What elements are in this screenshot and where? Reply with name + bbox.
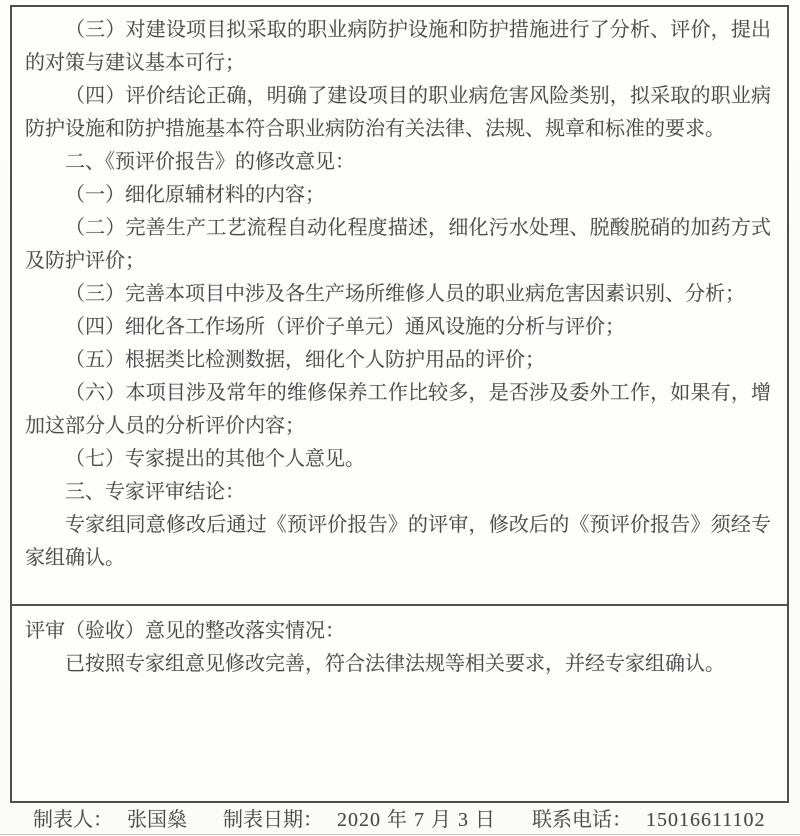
opinion-paragraph: （二）完善生产工艺流程自动化程度描述，细化污水处理、脱酸脱硝的加药方式及防护评价… (25, 212, 771, 278)
date-label: 制表日期： (223, 809, 323, 831)
rectification-cell: 评审（验收）意见的整改落实情况： 已按照专家组意见修改完善，符合法律法规等相关要… (12, 606, 787, 681)
opinion-paragraph: （四）细化各工作场所（评价子单元）通风设施的分析与评价； (25, 311, 771, 344)
opinion-paragraph: （三）完善本项目中涉及各生产场所维修人员的职业病危害因素识别、分析； (25, 278, 771, 311)
expert-opinion-cell: （三）对建设项目拟采取的职业病防护设施和防护措施进行了分析、评价，提出的对策与建… (12, 7, 787, 606)
review-opinion-table: （三）对建设项目拟采取的职业病防护设施和防护措施进行了分析、评价，提出的对策与建… (10, 5, 789, 803)
scanned-document-page: （三）对建设项目拟采取的职业病防护设施和防护措施进行了分析、评价，提出的对策与建… (0, 0, 800, 836)
opinion-paragraph: 专家组同意修改后通过《预评价报告》的评审，修改后的《预评价报告》须经专家组确认。 (25, 509, 771, 575)
opinion-paragraph: （一）细化原辅材料的内容； (25, 179, 771, 212)
preparer-label: 制表人： (33, 809, 113, 831)
opinion-paragraph: （三）对建设项目拟采取的职业病防护设施和防护措施进行了分析、评价，提出的对策与建… (25, 14, 771, 80)
rectification-title: 评审（验收）意见的整改落实情况： (25, 615, 771, 648)
page-edge-line (0, 834, 800, 835)
opinion-paragraph: （七）专家提出的其他个人意见。 (25, 443, 771, 476)
date-value: 2020 年 7 月 3 日 (337, 809, 496, 831)
rectification-body: 已按照专家组意见修改完善，符合法律法规等相关要求，并经专家组确认。 (25, 648, 771, 681)
preparer-name: 张国燊 (127, 809, 187, 831)
opinion-paragraph: （六）本项目涉及常年的维修保养工作比较多，是否涉及委外工作，如果有，增加这部分人… (25, 377, 771, 443)
phone-label: 联系电话： (532, 809, 632, 831)
opinion-paragraph: （四）评价结论正确，明确了建设项目的职业病危害风险类别，拟采取的职业病防护设施和… (25, 80, 771, 146)
phone-value: 15016611102 (646, 809, 766, 831)
opinion-paragraph: （五）根据类比检测数据，细化个人防护用品的评价； (25, 344, 771, 377)
opinion-section-heading: 三、专家评审结论： (25, 476, 771, 509)
table-footer: 制表人：张国燊制表日期：2020 年 7 月 3 日联系电话：150166111… (10, 807, 789, 833)
opinion-section-heading: 二、《预评价报告》的修改意见： (25, 146, 771, 179)
